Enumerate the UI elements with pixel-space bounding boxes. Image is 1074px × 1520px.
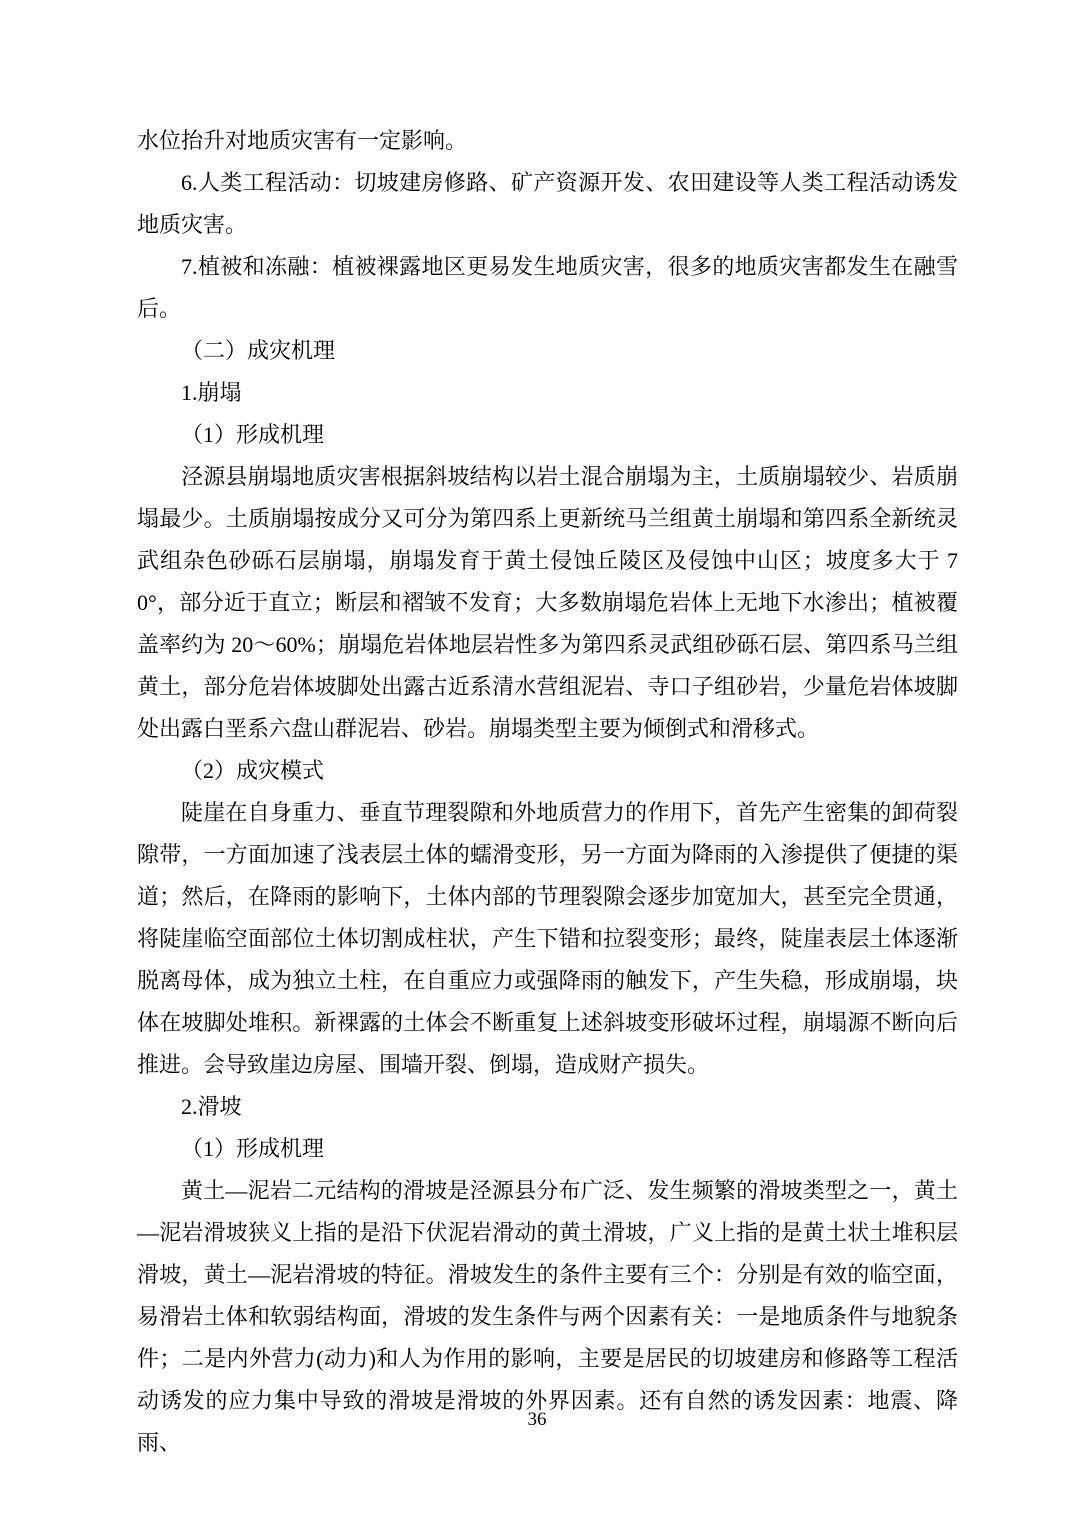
section-heading: （二）成灾机理 [137, 330, 958, 372]
section-heading: （1）形成机理 [137, 1128, 958, 1170]
paragraph: 水位抬升对地质灾害有一定影响。 [137, 120, 958, 162]
section-heading: 1.崩塌 [137, 372, 958, 414]
paragraph: 7.植被和冻融：植被裸露地区更易发生地质灾害，很多的地质灾害都发生在融雪后。 [137, 246, 958, 330]
document-page: 水位抬升对地质灾害有一定影响。6.人类工程活动：切坡建房修路、矿产资源开发、农田… [0, 0, 1074, 1520]
paragraph: 泾源县崩塌地质灾害根据斜坡结构以岩土混合崩塌为主，土质崩塌较少、岩质崩塌最少。土… [137, 456, 958, 750]
document-body: 水位抬升对地质灾害有一定影响。6.人类工程活动：切坡建房修路、矿产资源开发、农田… [137, 120, 958, 1464]
paragraph: 陡崖在自身重力、垂直节理裂隙和外地质营力的作用下，首先产生密集的卸荷裂隙带，一方… [137, 792, 958, 1086]
paragraph: 6.人类工程活动：切坡建房修路、矿产资源开发、农田建设等人类工程活动诱发地质灾害… [137, 162, 958, 246]
section-heading: （1）形成机理 [137, 414, 958, 456]
section-heading: 2.滑坡 [137, 1086, 958, 1128]
page-number: 36 [0, 1408, 1074, 1432]
section-heading: （2）成灾模式 [137, 750, 958, 792]
